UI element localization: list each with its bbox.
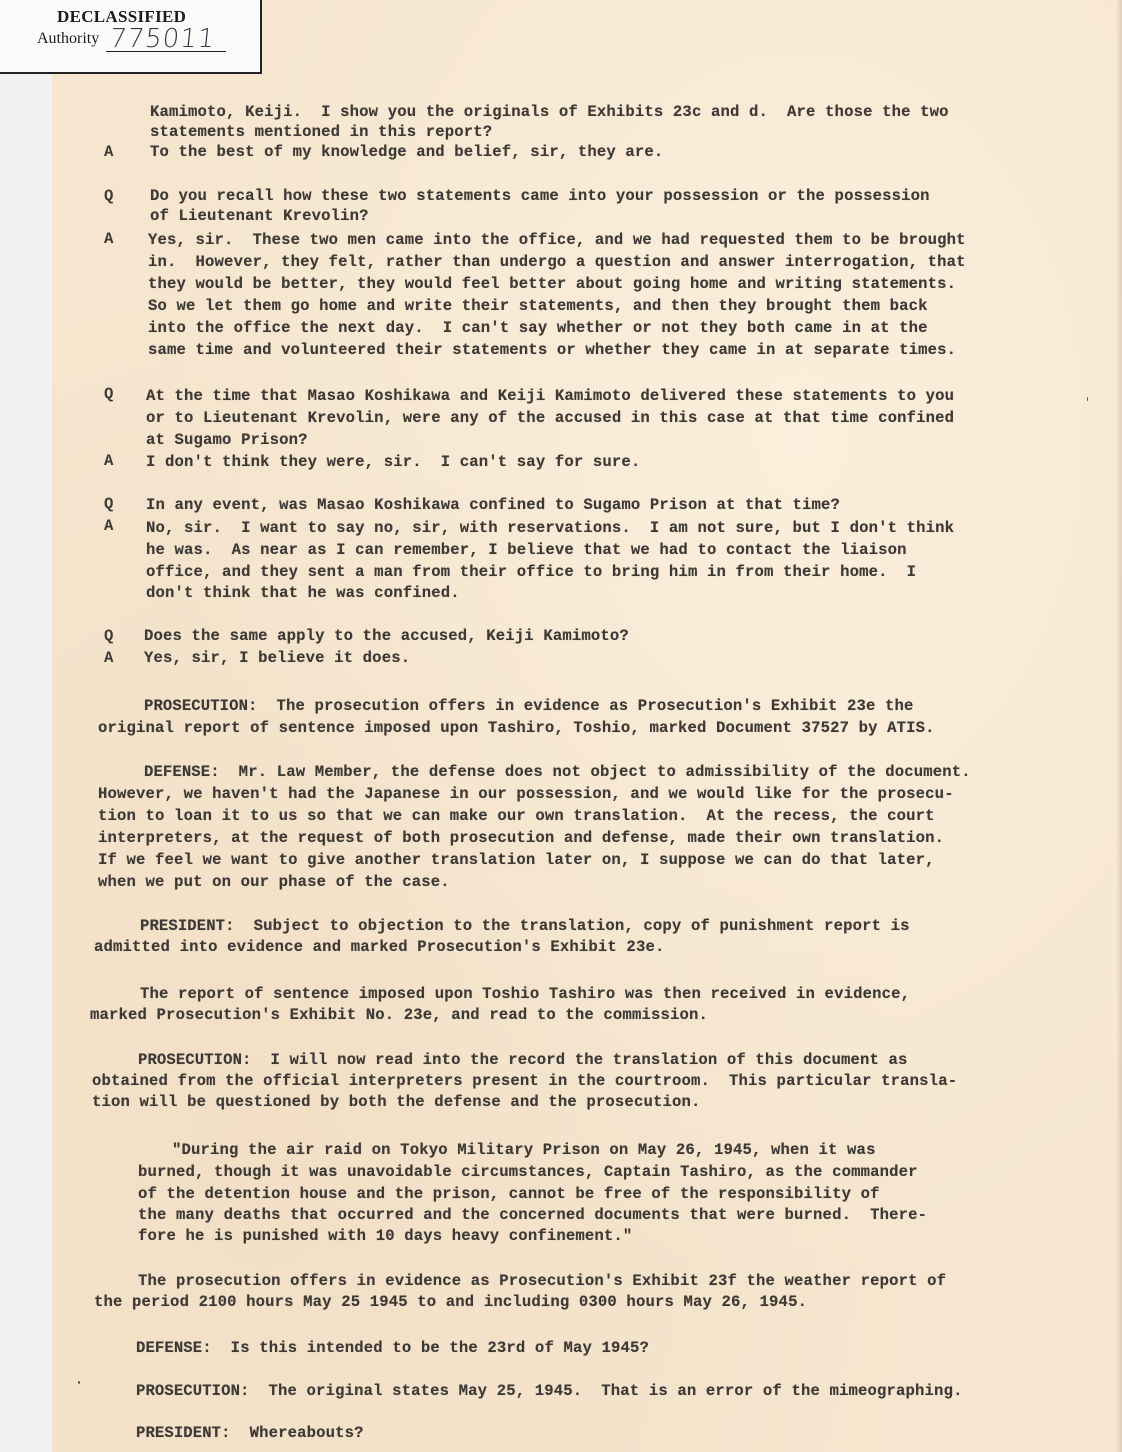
- statement-first-line: PROSECUTION: The prosecution offers in e…: [144, 696, 914, 718]
- speaker-label: PROSECUTION:: [136, 1382, 250, 1400]
- transcript-line: statements mentioned in this report?: [150, 122, 492, 144]
- paper-speck: [1087, 397, 1088, 401]
- statement-line: admitted into evidence and marked Prosec…: [94, 937, 664, 959]
- question-marker: Q: [104, 186, 113, 208]
- quoted-translation-line: burned, though it was unavoidable circum…: [138, 1162, 918, 1184]
- answer-marker: A: [104, 648, 113, 670]
- speaker-label: PRESIDENT:: [136, 1424, 231, 1442]
- quoted-translation-line: of the detention house and the prison, c…: [138, 1184, 880, 1206]
- statement-line: the period 2100 hours May 25 1945 to and…: [94, 1292, 807, 1314]
- statement-line: However, we haven't had the Japanese in …: [98, 784, 954, 806]
- statement-first-line: DEFENSE: Is this intended to be the 23rd…: [136, 1338, 649, 1360]
- answer-line: Yes, sir. These two men came into the of…: [148, 230, 966, 252]
- question-line: Do you recall how these two statements c…: [150, 186, 930, 208]
- statement-first-line: DEFENSE: Mr. Law Member, the defense doe…: [144, 762, 971, 784]
- answer-line: in. However, they felt, rather than unde…: [148, 252, 966, 274]
- speaker-label: DEFENSE:: [144, 763, 220, 781]
- answer-line: No, sir. I want to say no, sir, with res…: [146, 518, 954, 540]
- statement-line: If we feel we want to give another trans…: [98, 850, 935, 872]
- statement-line: tion will be questioned by both the defe…: [92, 1092, 701, 1114]
- statement-first-line: PROSECUTION: The original states May 25,…: [136, 1381, 963, 1403]
- answer-marker: A: [104, 516, 113, 538]
- statement-first-line: PRESIDENT: Whereabouts?: [136, 1423, 364, 1445]
- question-marker: Q: [104, 384, 113, 406]
- answer-marker: A: [104, 229, 113, 251]
- question-line: or to Lieutenant Krevolin, were any of t…: [146, 408, 954, 430]
- statement-line: original report of sentence imposed upon…: [98, 718, 935, 740]
- statement-line: when we put on our phase of the case.: [98, 872, 450, 894]
- quoted-translation-line: "During the air raid on Tokyo Military P…: [172, 1140, 876, 1162]
- speaker-label: PROSECUTION:: [138, 1051, 252, 1069]
- statement-line: obtained from the official interpreters …: [92, 1071, 957, 1093]
- authority-label: Authority: [37, 30, 99, 48]
- answer-line: To the best of my knowledge and belief, …: [150, 142, 663, 164]
- question-line: In any event, was Masao Koshikawa confin…: [146, 495, 840, 517]
- question-marker: Q: [104, 626, 113, 648]
- quoted-translation-line: fore he is punished with 10 days heavy c…: [138, 1226, 632, 1248]
- authority-number: 775011: [108, 24, 216, 54]
- answer-marker: A: [104, 451, 113, 473]
- answer-line: he was. As near as I can remember, I bel…: [146, 540, 907, 562]
- question-line: Does the same apply to the accused, Keij…: [144, 626, 629, 648]
- speaker-label: PRESIDENT:: [140, 917, 235, 935]
- answer-line: into the office the next day. I can't sa…: [148, 318, 928, 340]
- answer-marker: A: [104, 142, 113, 164]
- declassified-stamp: DECLASSIFIED Authority 775011: [0, 0, 262, 74]
- transcript-line: Kamimoto, Keiji. I show you the original…: [150, 102, 949, 124]
- question-line: At the time that Masao Koshikawa and Kei…: [146, 386, 954, 408]
- answer-line: they would be better, they would feel be…: [148, 274, 956, 296]
- answer-line: office, and they sent a man from their o…: [146, 562, 916, 584]
- speaker-label: DEFENSE:: [136, 1339, 212, 1357]
- question-line: at Sugamo Prison?: [146, 430, 308, 452]
- quoted-translation-line: the many deaths that occurred and the co…: [138, 1205, 927, 1227]
- answer-line: I don't think they were, sir. I can't sa…: [146, 452, 640, 474]
- answer-line: So we let them go home and write their s…: [148, 296, 928, 318]
- statement-first-line: PRESIDENT: Subject to objection to the t…: [140, 916, 910, 938]
- statement-line: tion to loan it to us so that we can mak…: [98, 806, 935, 828]
- statement-first-line: PROSECUTION: I will now read into the re…: [138, 1050, 908, 1072]
- statement-line: interpreters, at the request of both pro…: [98, 828, 944, 850]
- question-line: of Lieutenant Krevolin?: [150, 206, 369, 228]
- statement-line: marked Prosecution's Exhibit No. 23e, an…: [90, 1005, 708, 1027]
- speaker-label: PROSECUTION:: [144, 697, 258, 715]
- answer-line: Yes, sir, I believe it does.: [144, 648, 410, 670]
- statement-first-line: The report of sentence imposed upon Tosh…: [140, 984, 910, 1006]
- statement-first-line: The prosecution offers in evidence as Pr…: [138, 1271, 946, 1293]
- answer-line: same time and volunteered their statemen…: [148, 340, 956, 362]
- question-marker: Q: [104, 494, 113, 516]
- page-edge: [1116, 0, 1122, 1452]
- answer-line: don't think that he was confined.: [146, 583, 460, 605]
- paper-speck: [78, 1381, 80, 1384]
- authority-underline: [106, 51, 226, 52]
